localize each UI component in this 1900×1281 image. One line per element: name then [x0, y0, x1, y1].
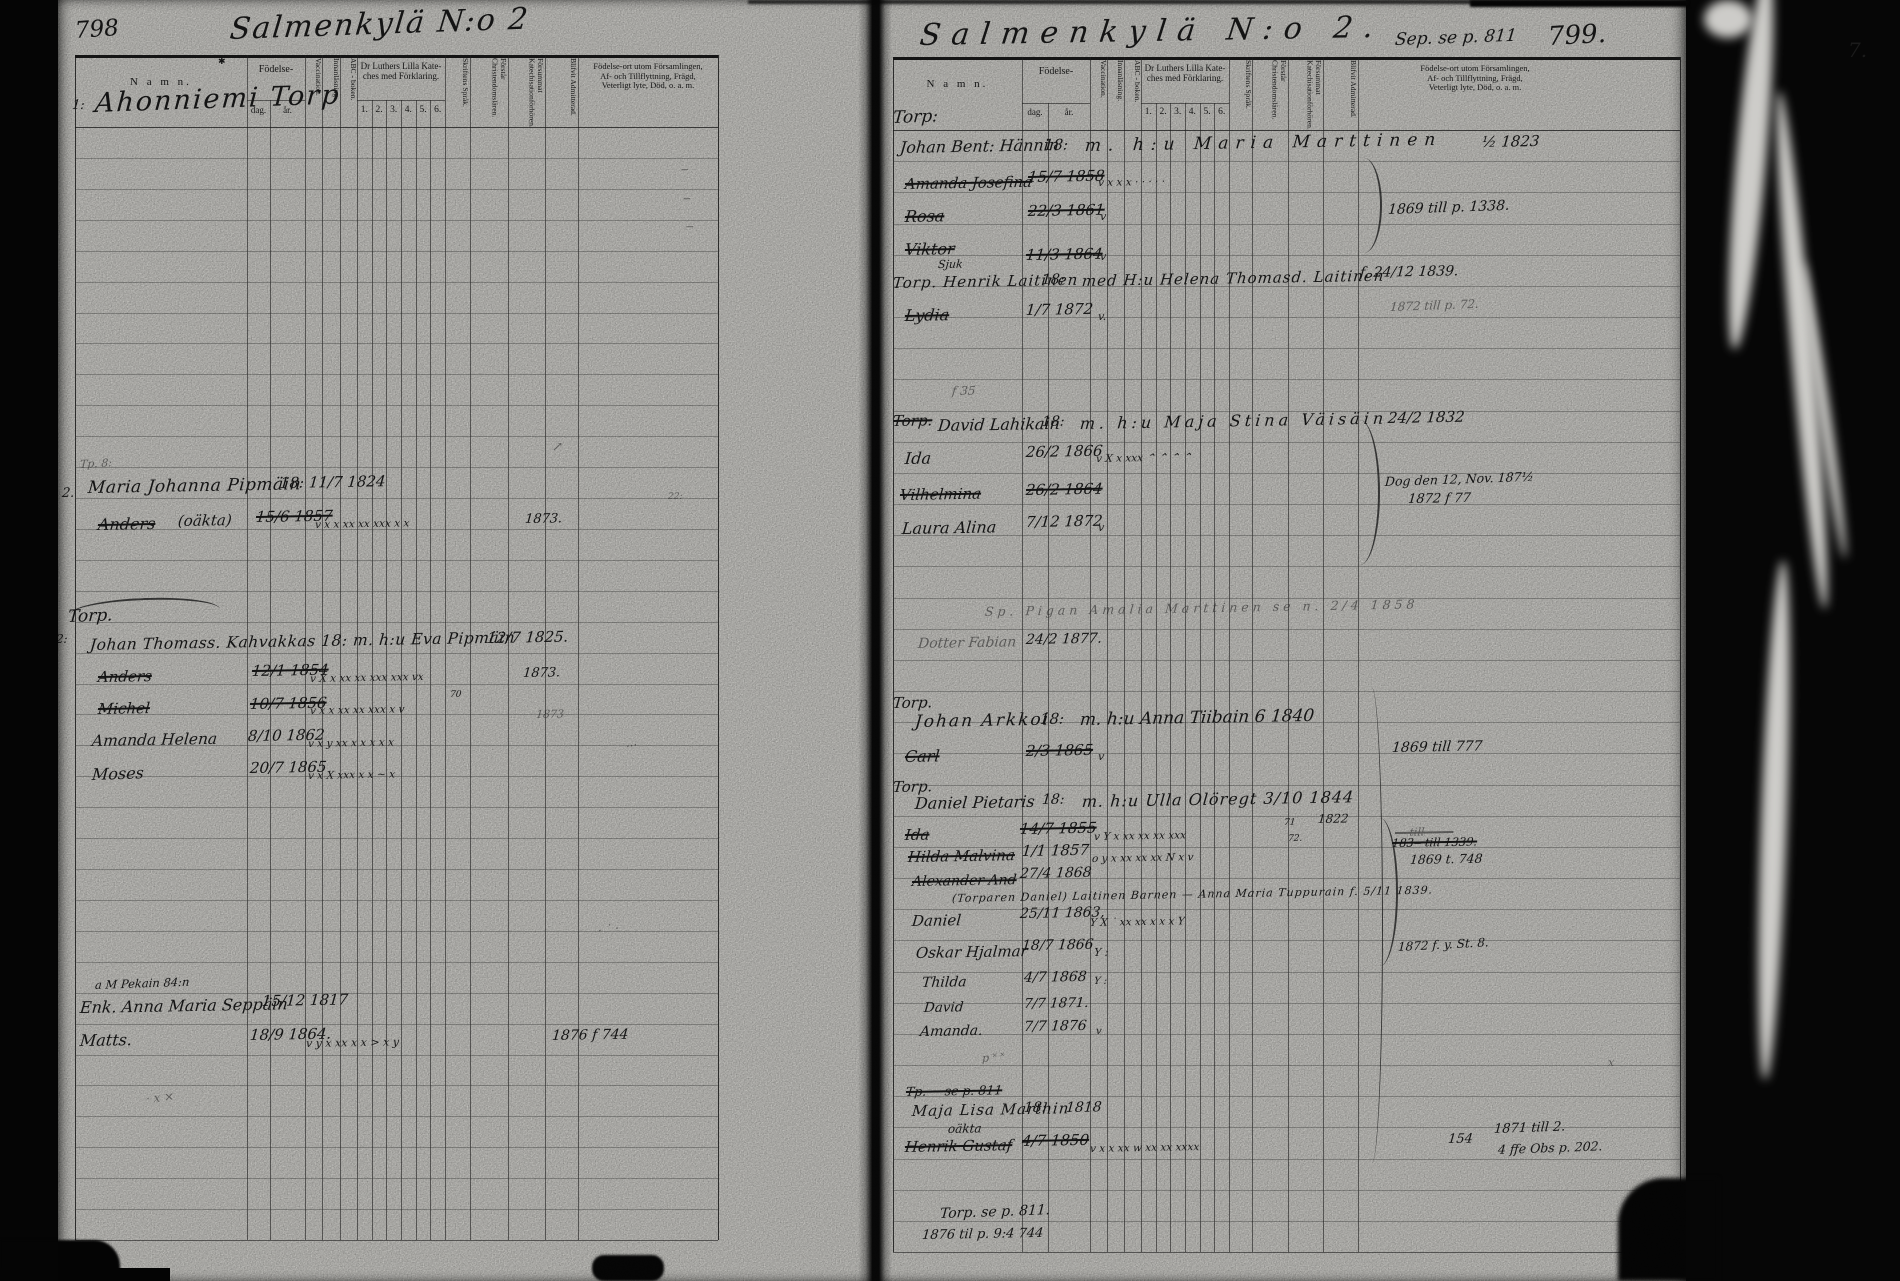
handwritten-entry: · x × — [146, 1089, 174, 1106]
handwritten-entry: Tp. ~ se p. 811 — [905, 1082, 1003, 1099]
handwritten-entry: 2. — [61, 486, 75, 501]
handwritten-entry: Amanda Helena — [91, 730, 218, 750]
scan-blot — [592, 1255, 664, 1281]
handwritten-entry: f. 24/12 1839. — [1359, 263, 1459, 281]
handwritten-entry: 18: 11/7 1824 — [279, 472, 386, 492]
handwritten-marks: Y : — [1094, 976, 1108, 987]
header-bottom-line — [893, 130, 1680, 131]
handwritten-entry: Thilda — [921, 974, 967, 991]
grid-line-vertical — [1107, 57, 1108, 1252]
col-header-birth: Födelse- — [1022, 66, 1090, 77]
catechism-6: 6. — [430, 105, 445, 115]
handwritten-entry: 18: — [1041, 414, 1065, 430]
handwritten-entry: David — [923, 999, 964, 1016]
handwritten-entry: Sjuk — [937, 258, 963, 271]
handwritten-entry: 1/7 1872 — [1025, 300, 1094, 319]
handwritten-marks: v x y xx x x x x x — [307, 736, 394, 750]
grid-line-horizontal — [893, 1221, 1680, 1222]
handwritten-entry: Tp. 8: — [80, 456, 113, 471]
col-header-birth-day: dag. — [1022, 107, 1048, 117]
handwritten-entry: Anders — [97, 514, 156, 534]
grid-line-vertical — [75, 55, 76, 1240]
grid-line-horizontal — [893, 442, 1680, 443]
grid-line-horizontal — [75, 931, 718, 932]
handwritten-entry: 154 — [1447, 1132, 1473, 1147]
handwritten-entry: Torp. — [892, 411, 933, 430]
grid-line-horizontal — [75, 776, 718, 777]
handwritten-marks: o y x xx xx xx N x v — [1091, 851, 1193, 865]
grid-line-horizontal — [75, 622, 718, 623]
grid-line-horizontal — [893, 753, 1680, 754]
handwritten-entry: 183‒ till 1339. — [1391, 835, 1477, 851]
grid-line-vertical — [1358, 57, 1359, 1252]
handwritten-entry: 2/3 1865 — [1025, 741, 1094, 760]
catechism-4: 4. — [401, 105, 416, 115]
handwritten-entry: 1/1 1857 — [1021, 841, 1090, 860]
grid-line-vertical — [1229, 57, 1230, 1252]
grid-line-horizontal — [75, 405, 718, 406]
grid-line-horizontal — [75, 560, 718, 561]
handwritten-entry: 14/7 1855 — [1019, 819, 1097, 838]
page-edge-streak — [1704, 0, 1752, 38]
grid-line-vertical — [1124, 57, 1125, 1252]
handwritten-entry: 18: — [1023, 1100, 1047, 1116]
grid-line-vertical — [1323, 57, 1324, 1252]
grid-line-horizontal — [75, 436, 718, 437]
handwritten-entry: 1871 till 2. — [1493, 1119, 1565, 1137]
grid-line-vertical — [372, 100, 373, 1240]
col-header-understands: Förstår Christendomslären. — [1254, 60, 1287, 130]
grid-line-vertical — [1022, 57, 1023, 1252]
handwritten-entry: 18: — [1041, 792, 1065, 808]
handwritten-entry: 11/3 1864 — [1025, 245, 1103, 264]
grid-line-vertical — [508, 55, 509, 1240]
handwritten-entry: 27/4 1868 — [1019, 865, 1092, 882]
handwritten-entry: Vilhelmina — [899, 485, 982, 504]
grid-line-vertical — [893, 57, 894, 1252]
handwritten-entry: · ˙ · — [598, 921, 620, 938]
header-group-line — [1022, 103, 1090, 104]
grid-line-horizontal — [75, 282, 718, 283]
handwritten-entry: 1873. — [524, 511, 563, 527]
handwritten-entry: 1818 — [1065, 1099, 1102, 1116]
handwritten-entry: 7/7 1871. — [1023, 995, 1089, 1012]
grid-line-horizontal — [75, 374, 718, 375]
handwritten-entry: 18: — [1043, 136, 1069, 154]
handwritten-entry: 70 — [450, 690, 462, 700]
handwritten-entry: 15/12 1817 — [261, 990, 349, 1010]
catechism-3: 3. — [386, 105, 401, 115]
col-header-catechism: Dr Luthers Lilla Kate- ches med Förklari… — [1141, 63, 1229, 83]
handwritten-entry: Daniel — [911, 911, 962, 930]
handwritten-entry: ‒ — [682, 191, 691, 205]
handwritten-entry: 18: — [1041, 272, 1065, 288]
handwritten-marks: v x X xxx x x ~ x — [307, 768, 395, 782]
handwritten-marks: v X x xxx ⌃ ⌃ ⌃ ⌃ — [1095, 451, 1192, 465]
handwritten-entry: Daniel Pietaris — [914, 792, 1035, 813]
handwritten-entry: Amanda. — [919, 1023, 983, 1040]
handwritten-entry: 4/7 1868 — [1023, 969, 1087, 986]
page-edge-streak — [1752, 560, 1796, 1081]
handwritten-entry: Henrik Gustaf — [904, 1136, 1013, 1156]
grid-line-horizontal — [75, 1116, 718, 1117]
grid-line-horizontal — [893, 317, 1680, 318]
grid-line-horizontal — [75, 189, 718, 190]
handwritten-marks: v — [1099, 210, 1106, 223]
book-gutter-shadow — [858, 0, 892, 1281]
grid-line-horizontal — [893, 691, 1680, 692]
grid-line-horizontal — [75, 220, 718, 221]
handwritten-entry: 18: — [1039, 710, 1065, 728]
grid-line-horizontal — [893, 1065, 1680, 1066]
handwritten-entry: Torp. — [892, 693, 933, 712]
handwritten-entry: 26/2 1866 — [1025, 442, 1103, 461]
col-header-abc: ABC - boken. — [341, 58, 357, 126]
handwritten-entry: Maria Johanna Pipmäin — [87, 474, 302, 498]
grid-line-horizontal — [893, 1159, 1680, 1160]
handwritten-entry: Amanda Josefina — [904, 173, 1033, 193]
handwritten-entry: 24/2 1877. — [1025, 631, 1102, 648]
handwritten-entry: 71 — [1284, 818, 1296, 828]
col-header-script: Skriftens Språk. — [1231, 60, 1252, 130]
handwritten-entry: 1872 f 77 — [1407, 491, 1471, 507]
grid-line-horizontal — [75, 869, 718, 870]
grid-line-vertical — [386, 100, 387, 1240]
col-header-abc: ABC - boken. — [1125, 60, 1141, 130]
scan-edge-bottom — [0, 1268, 170, 1281]
grid-line-horizontal — [75, 498, 718, 499]
grid-line-horizontal — [893, 972, 1680, 973]
handwritten-entry: f 35 — [951, 384, 976, 398]
handwritten-entry: Matts. — [79, 1030, 133, 1050]
grid-line-horizontal — [75, 653, 718, 654]
grid-line-horizontal — [893, 535, 1680, 536]
handwritten-marks: v — [1099, 250, 1106, 263]
handwritten-entry: Moses — [91, 763, 144, 784]
handwritten-marks: v Y x xx xx xx xxx — [1093, 829, 1186, 843]
grid-line-horizontal — [75, 313, 718, 314]
catechism-6: 6. — [1214, 107, 1229, 117]
grid-line-horizontal — [75, 993, 718, 994]
handwritten-entry: 22/3 1861 — [1027, 201, 1105, 220]
handwritten-entry: 24/2 1832 — [1387, 408, 1465, 427]
catechism-5: 5. — [1200, 107, 1215, 117]
grid-line-horizontal — [893, 566, 1680, 567]
grid-line-horizontal — [75, 591, 718, 592]
handwritten-marks: v X x xx xx xxx xxx vx — [309, 671, 424, 685]
handwritten-entry: 1822 — [1317, 811, 1349, 826]
grid-line-horizontal — [75, 684, 718, 685]
scan-edge-left — [0, 0, 58, 1281]
handwritten-entry: Laura Alina — [901, 517, 997, 538]
handwritten-entry: ‒ — [680, 162, 689, 176]
handwritten-entry: Viktor — [904, 239, 955, 259]
handwritten-entry: 4/7 1850 — [1021, 1131, 1090, 1150]
handwritten-entry: 15/7 1858 — [1027, 167, 1105, 186]
grid-line-horizontal — [893, 940, 1680, 941]
handwritten-entry: p ˟ ˟ — [982, 1050, 1005, 1065]
col-header-birth-year: år. — [1048, 107, 1090, 117]
grid-line-horizontal — [893, 1190, 1680, 1191]
col-header-notes: Födelse-ort utom Församlingen, Af- och T… — [1385, 64, 1565, 93]
handwritten-marks: v x x xx w xx xx xxxx — [1089, 1141, 1199, 1155]
grid-line-vertical — [545, 55, 546, 1240]
handwritten-entry: m. h:u Anna Tiibain 6 1840 — [1079, 706, 1315, 730]
grid-line-vertical — [1680, 57, 1681, 1252]
handwritten-entry: Anders — [97, 667, 152, 686]
grid-line-vertical — [718, 55, 719, 1240]
grid-line-horizontal — [75, 1178, 718, 1179]
handwritten-entry: Enk. Anna Maria Seppäin — [79, 994, 288, 1017]
grid-line-horizontal — [75, 1024, 718, 1025]
grid-line-horizontal — [893, 348, 1680, 349]
grid-line-horizontal — [75, 467, 718, 468]
grid-line-horizontal — [75, 251, 718, 252]
grid-line-horizontal — [893, 192, 1680, 193]
grid-line-horizontal — [75, 900, 718, 901]
grid-line-horizontal — [893, 255, 1680, 256]
handwritten-entry: Ida — [904, 826, 930, 844]
grid-line-horizontal — [75, 1055, 718, 1056]
col-header-admitted: Blifvit Admitterad. — [547, 58, 577, 126]
grid-line-horizontal — [75, 343, 718, 344]
grid-line-horizontal — [893, 909, 1680, 910]
grid-line-vertical — [1252, 57, 1253, 1252]
catechism-2: 2. — [372, 105, 387, 115]
handwritten-entry: (oäkta) — [177, 511, 232, 530]
scan-edge-right — [1686, 0, 1900, 1281]
col-header-missed: Försummat Katechisationförhören. — [1290, 60, 1322, 130]
handwritten-entry: 1876 f 744 — [551, 1027, 629, 1044]
handwritten-marks: Y : — [1093, 946, 1109, 959]
edge-page-number: 7. — [1848, 38, 1867, 62]
grid-line-horizontal — [75, 807, 718, 808]
page-edge-streak — [1768, 90, 1835, 610]
grid-line-horizontal — [893, 629, 1680, 630]
handwritten-marks: v — [1096, 1026, 1103, 1037]
grid-line-horizontal — [893, 1034, 1680, 1035]
grid-line-horizontal — [75, 1147, 718, 1148]
handwritten-marks: v y x xx x x > x y — [305, 1035, 399, 1050]
handwritten-entry: Johan Arkkoi — [914, 710, 1051, 732]
table-bottom-line — [893, 1252, 1680, 1253]
col-header-script: Skriftens Språk. — [447, 58, 469, 126]
col-header-vaccination: Vaccination. — [1091, 60, 1107, 130]
grid-line-vertical — [416, 100, 417, 1240]
handwritten-entry: 1869 till 777 — [1391, 738, 1483, 756]
grid-line-horizontal — [893, 785, 1680, 786]
grid-line-horizontal — [893, 224, 1680, 225]
handwritten-marks: v x x x · · · · · — [1097, 176, 1165, 189]
table-top-rule — [893, 57, 1680, 60]
grid-line-horizontal — [893, 660, 1680, 661]
grid-line-horizontal — [75, 158, 718, 159]
grid-line-horizontal — [893, 161, 1680, 162]
grid-line-horizontal — [75, 838, 718, 839]
scan-corner-shadow — [1618, 1178, 1718, 1281]
grid-line-horizontal — [893, 816, 1680, 817]
handwritten-entry: 1876 til p. 9:4 744 — [921, 1226, 1044, 1243]
grid-line-vertical — [1090, 57, 1091, 1252]
table-top-rule — [75, 55, 718, 58]
page-number: 798 — [74, 15, 120, 44]
col-header-reading: Innanläsning. — [1108, 60, 1124, 130]
handwritten-entry: 12/7 1825. — [486, 628, 569, 647]
handwritten-entry: 7/12 1872 — [1025, 512, 1103, 531]
grid-line-horizontal — [893, 473, 1680, 474]
handwritten-entry: 7/7 1876 — [1023, 1018, 1087, 1035]
table-bottom-line — [75, 1240, 718, 1241]
grid-line-vertical — [578, 55, 579, 1240]
grid-line-vertical — [1288, 57, 1289, 1252]
handwritten-entry: Torp: — [892, 106, 938, 128]
catechism-3: 3. — [1170, 107, 1185, 117]
grid-line-horizontal — [75, 1085, 718, 1086]
handwritten-entry: x — [1607, 1056, 1614, 1069]
handwritten-marks: v x x xx xx xxx x x — [314, 517, 409, 531]
handwritten-entry: 1873 — [535, 708, 564, 722]
scanned-document: 798 Salmenkylä N:o 2 ✱ N a m n. Födelse-… — [0, 0, 1900, 1281]
handwritten-entry: Johan Bent: Hännin — [899, 135, 1060, 157]
col-header-catechism: Dr Luthers Lilla Kate- ches med Förklari… — [357, 61, 445, 81]
scan-edge-top — [748, 0, 1688, 4]
grid-line-vertical — [430, 100, 431, 1240]
handwritten-entry: 1869 t. 748 — [1409, 851, 1483, 867]
page-number: 799. — [1547, 19, 1606, 52]
page-edge-streak — [1719, 0, 1782, 351]
handwritten-entry: 22: — [668, 492, 683, 502]
handwritten-entry: Hilda Malvina — [907, 846, 1016, 866]
handwritten-entry: Ida — [904, 449, 932, 468]
handwritten-entry: ‒ — [685, 219, 694, 233]
col-header-birth: Födelse- — [247, 64, 305, 75]
grid-line-vertical — [401, 100, 402, 1240]
col-header-admitted: Blifvit Admitterad. — [1325, 60, 1357, 130]
handwritten-marks: v — [1097, 750, 1104, 763]
catechism-1: 1. — [1141, 107, 1156, 117]
handwritten-marks: v x x xx xx xxx x v — [309, 703, 404, 717]
handwritten-entry: 72. — [1288, 834, 1303, 844]
grid-line-horizontal — [893, 504, 1680, 505]
col-header-name: N a m n. — [893, 78, 1022, 90]
catechism-2: 2. — [1156, 107, 1171, 117]
handwritten-entry: Michel — [97, 699, 150, 718]
col-header-missed: Försummat Katechisationförhören. — [510, 58, 544, 126]
handwritten-entry: ··· — [625, 738, 638, 754]
grid-line-horizontal — [75, 962, 718, 963]
catechism-1: 1. — [357, 105, 372, 115]
grid-line-vertical — [470, 55, 471, 1240]
catechism-5: 5. — [416, 105, 431, 115]
handwritten-entry: Rosa — [904, 206, 945, 226]
header-bottom-line — [75, 127, 718, 128]
handwritten-entry: Alexander And — [911, 872, 1017, 890]
handwritten-entry: Dotter Fabian — [917, 634, 1017, 652]
catechism-4: 4. — [1185, 107, 1200, 117]
grid-line-horizontal — [75, 1209, 718, 1210]
handwritten-entry: oäkta — [947, 1121, 982, 1136]
grid-line-horizontal — [893, 1096, 1680, 1097]
handwritten-entry: 1: — [71, 98, 85, 113]
col-header-notes: Födelse-ort utom Församlingen, Af- och T… — [580, 62, 716, 91]
handwritten-marks: v. — [1097, 310, 1107, 323]
handwritten-entry: Oskar Hjalmar — [915, 942, 1028, 962]
handwritten-entry: ↗ — [551, 440, 563, 455]
grid-line-vertical — [1141, 57, 1142, 1252]
handwritten-entry: ½ 1823 — [1481, 132, 1540, 151]
handwritten-entry: Carl — [904, 746, 940, 766]
handwritten-marks: Y X ˙ xx xx x x x Y — [1089, 915, 1185, 929]
col-header-understands: Förstår Christendomslären. — [472, 58, 507, 126]
handwritten-entry: 26/2 1864 — [1025, 480, 1103, 499]
handwritten-marks: v — [1097, 521, 1104, 534]
handwritten-entry: 18/7 1866 — [1021, 937, 1094, 954]
grid-line-horizontal — [893, 1003, 1680, 1004]
handwritten-entry: Lydia — [904, 305, 950, 325]
handwritten-entry: 1873. — [522, 665, 561, 681]
grid-line-horizontal — [893, 379, 1680, 380]
